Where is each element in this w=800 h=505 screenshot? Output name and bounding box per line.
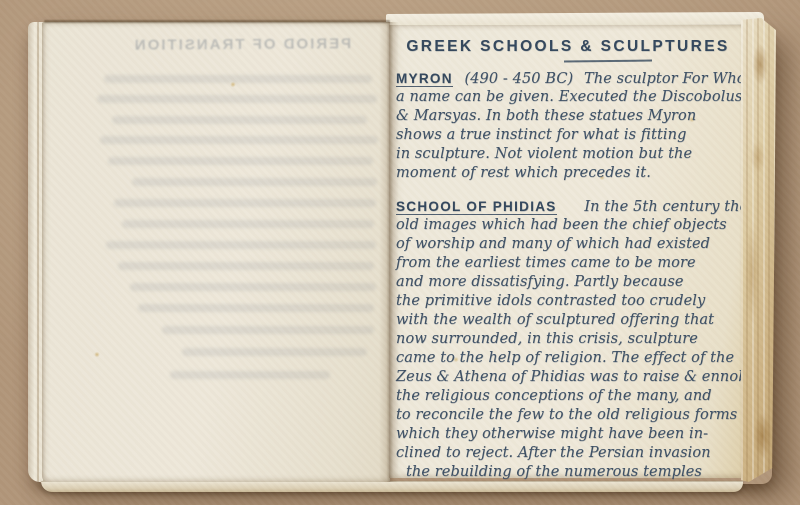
section-heading-myron: MYRON [396, 71, 453, 87]
right-page: GREEK SCHOOLS & SCULPTURES MYRON (490 - … [389, 25, 743, 478]
section-heading-phidias: SCHOOL OF PHIDIAS [396, 199, 557, 215]
showthrough-line [112, 116, 367, 124]
showthrough-line [97, 95, 377, 103]
showthrough-line [100, 136, 378, 144]
text-line: in sculpture. Not violent motion but the [396, 145, 740, 164]
text-line: to reconcile the few to the old religiou… [396, 406, 740, 425]
page-title-row: GREEK SCHOOLS & SCULPTURES [396, 31, 740, 69]
photo-of-open-notebook: PERIOD OF TRANSITION GREEK SCHOOLS & S [0, 0, 800, 505]
foxing-spot [94, 352, 100, 357]
text-line: old images which had been the chief obje… [396, 216, 740, 235]
notebook: PERIOD OF TRANSITION GREEK SCHOOLS & S [28, 12, 776, 488]
showthrough-line [122, 220, 374, 228]
text-line: came to the help of religion. The effect… [396, 349, 740, 368]
text-run: The sculptor For Whom [584, 71, 759, 87]
showthrough-line [108, 157, 373, 165]
text-line: now surrounded, in this crisis, sculptur… [396, 330, 740, 349]
text-line: which they otherwise might have been in- [396, 425, 740, 444]
text-line: the primitive idols contrasted too crude… [396, 292, 740, 311]
title-underline [564, 60, 652, 63]
showthrough-line [132, 178, 377, 186]
showthrough-line [182, 348, 367, 356]
text-line: & Marsyas. In both these statues Myron [396, 107, 740, 126]
showthrough-heading: PERIOD OF TRANSITION [120, 35, 364, 54]
showthrough-line [114, 199, 376, 207]
myron-dates: (490 - 450 BC) [464, 71, 573, 87]
text-line: clined to reject. After the Persian inva… [396, 444, 740, 463]
text-line: Zeus & Athena of Phidias was to raise & … [396, 368, 740, 387]
bottom-page-edges [41, 481, 743, 492]
text-run: In the 5th century the [584, 199, 748, 215]
text-line: with the wealth of sculptured offering t… [396, 311, 740, 330]
showthrough-line [118, 262, 374, 270]
showthrough-line [170, 371, 330, 379]
text-line: shows a true instinct for what is fittin… [396, 126, 740, 145]
showthrough-line [106, 241, 376, 249]
text-line: a name can be given. Executed the Discob… [396, 88, 740, 107]
handwritten-text-block: GREEK SCHOOLS & SCULPTURES MYRON (490 - … [396, 31, 740, 482]
showthrough-line [162, 326, 374, 334]
showthrough-line [104, 75, 372, 83]
section-gap [396, 183, 740, 197]
text-line: and more dissatisfying. Partly because [396, 273, 740, 292]
foxing-spot [230, 82, 236, 87]
left-page: PERIOD OF TRANSITION [42, 22, 390, 482]
text-line: of worship and many of which had existed [396, 235, 740, 254]
text-line: MYRON (490 - 450 BC) The sculptor For Wh… [396, 69, 740, 88]
text-line: the rebuilding of the numerous temples [396, 463, 740, 482]
showthrough-line [138, 304, 374, 312]
text-line: from the earliest times came to be more [396, 254, 740, 273]
showthrough-line [130, 283, 376, 291]
text-line: the religious conceptions of the many, a… [396, 387, 740, 406]
right-page-edge-stack [741, 18, 776, 482]
text-line: SCHOOL OF PHIDIAS In the 5th century the [396, 197, 740, 216]
page-title: GREEK SCHOOLS & SCULPTURES [406, 38, 729, 55]
text-line: moment of rest which precedes it. [396, 164, 740, 183]
